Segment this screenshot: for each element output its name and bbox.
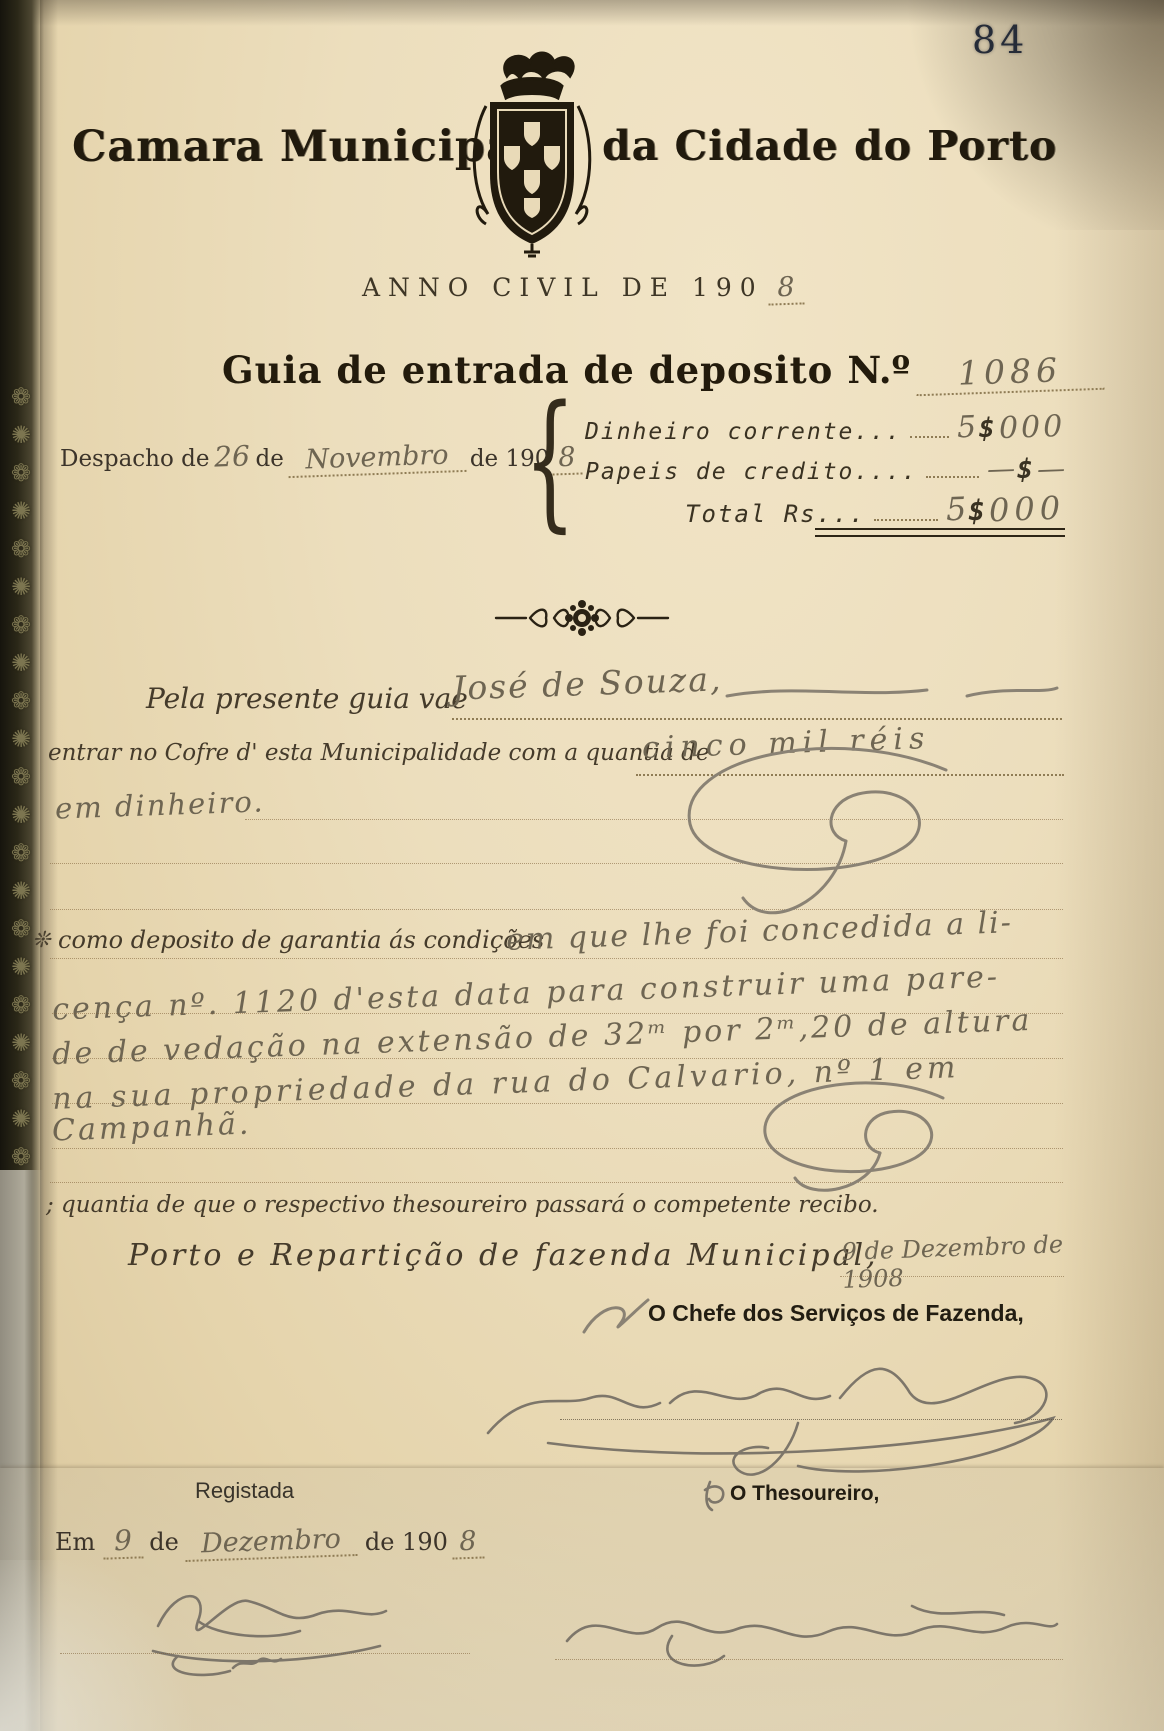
signature-rule bbox=[560, 1418, 1062, 1420]
amount-row-dinheiro: Dinheiro corrente... 5 $ 000 bbox=[585, 410, 1065, 445]
registrar-signature bbox=[138, 1566, 408, 1686]
margin-fleuron-icon: ❊ bbox=[32, 928, 50, 953]
registration-de2: de 190 bbox=[365, 1528, 448, 1556]
chefe-flourish-icon bbox=[578, 1292, 652, 1340]
dinheiro-label: Dinheiro corrente... bbox=[585, 419, 902, 445]
registration-em: Em bbox=[55, 1528, 95, 1556]
registration-day-handwritten: 9 bbox=[103, 1523, 144, 1559]
field-rule bbox=[840, 1275, 1064, 1277]
page-number: 84 bbox=[972, 18, 1028, 62]
brace-icon: { bbox=[524, 396, 576, 524]
papeis-label: Papeis de credito.... bbox=[585, 459, 918, 485]
garantia-printed: como deposito de garantia ás condições bbox=[58, 926, 544, 954]
despacho-de1: de bbox=[255, 446, 283, 472]
thesoureiro-label: O Thesoureiro, bbox=[730, 1482, 879, 1506]
spine-ornament-icon: ❁ ✺ ❁ ✺ ❁ ✺ ❁ ✺ ❁ ✺ ❁ ✺ ❁ ✺ ❁ ✺ ❁ ✺ ❁ ✺ … bbox=[4, 378, 38, 1158]
thesoureiro-signature bbox=[552, 1586, 1067, 1678]
anno-line: Anno Civil de 190 8 bbox=[362, 272, 804, 305]
per-mark-icon bbox=[700, 1478, 730, 1512]
signature-rule bbox=[555, 1658, 1063, 1660]
papeis-value-hw: — bbox=[986, 452, 1015, 486]
body-line1-handwritten: José de Souza, bbox=[451, 659, 723, 707]
field-rule bbox=[452, 716, 1062, 720]
guia-number-sign: N.º bbox=[847, 348, 910, 392]
pen-flourish-icon bbox=[718, 1076, 968, 1201]
dinheiro-value-hw2: 000 bbox=[998, 409, 1065, 446]
total-double-rule bbox=[815, 528, 1065, 537]
dinheiro-value-hw: 5 bbox=[957, 410, 977, 446]
despacho-month-handwritten: Novembro bbox=[287, 439, 466, 478]
amount-row-total: Total Rs... 5 $ 000 bbox=[585, 490, 1065, 528]
despacho-label: Despacho de bbox=[60, 446, 209, 472]
registration-de1: de bbox=[149, 1528, 179, 1556]
quantia-printed: ; quantia de que o respectivo thesoureir… bbox=[46, 1192, 879, 1218]
signature-rule bbox=[60, 1652, 470, 1654]
body-line3-handwritten: em dinheiro. bbox=[54, 784, 265, 825]
total-label: Total Rs... bbox=[685, 500, 866, 528]
chefe-label: O Chefe dos Serviços de Fazenda, bbox=[648, 1300, 1024, 1327]
divider-ornament-icon bbox=[492, 598, 672, 638]
anno-year-handwritten: 8 bbox=[767, 271, 804, 305]
registration-month-handwritten: Dezembro bbox=[184, 1523, 357, 1562]
guia-title-line: Guia de entrada de deposito N.º 1086 bbox=[222, 348, 1104, 393]
scanned-document-page: ❁ ✺ ❁ ✺ ❁ ✺ ❁ ✺ ❁ ✺ ❁ ✺ ❁ ✺ ❁ ✺ ❁ ✺ ❁ ✺ … bbox=[0, 0, 1164, 1731]
registration-date-line: Em 9 de Dezembro de 190 8 bbox=[55, 1524, 484, 1559]
body-line1-printed: Pela presente guia vae bbox=[146, 682, 468, 715]
total-value-hw2: 000 bbox=[988, 489, 1065, 530]
despacho-line: Despacho de 26 de Novembro de 190 8 bbox=[60, 440, 582, 475]
dotted-leader bbox=[874, 519, 938, 521]
total-value-hw: 5 bbox=[945, 490, 967, 529]
place-date-handwritten: 9 de Dezembro de 1908 bbox=[841, 1230, 1069, 1294]
dotted-leader bbox=[910, 436, 949, 438]
header-title-right: da Cidade do Porto bbox=[602, 122, 1057, 170]
papeis-dollar-sign: $ bbox=[1017, 454, 1035, 485]
coat-of-arms-icon bbox=[452, 46, 612, 258]
writing-rule bbox=[50, 957, 1063, 959]
registration-year-handwritten: 8 bbox=[451, 1525, 484, 1559]
chefe-signature bbox=[468, 1348, 1068, 1493]
registada-label: Registada bbox=[195, 1478, 294, 1504]
amount-row-papeis: Papeis de credito.... — $ — bbox=[585, 452, 1065, 485]
body-line2-printed: entrar no Cofre d' esta Municipalidade c… bbox=[48, 740, 709, 766]
dash-flourish-icon bbox=[722, 680, 1062, 706]
guia-number-handwritten: 1086 bbox=[916, 349, 1105, 397]
garantia-handwritten: em que lhe foi concedida a li- bbox=[506, 905, 1014, 958]
papeis-value-hw2: — bbox=[1036, 452, 1065, 486]
anno-printed: Anno Civil de 190 bbox=[362, 273, 764, 302]
place-printed: Porto e Repartição de fazenda Municipal, bbox=[128, 1238, 879, 1273]
despacho-day-handwritten: 26 bbox=[209, 439, 256, 474]
total-dollar-sign: $ bbox=[968, 494, 987, 527]
dinheiro-dollar-sign: $ bbox=[978, 413, 996, 444]
dotted-leader bbox=[926, 476, 979, 478]
body-hw-line5: Campanhã. bbox=[51, 1107, 252, 1149]
